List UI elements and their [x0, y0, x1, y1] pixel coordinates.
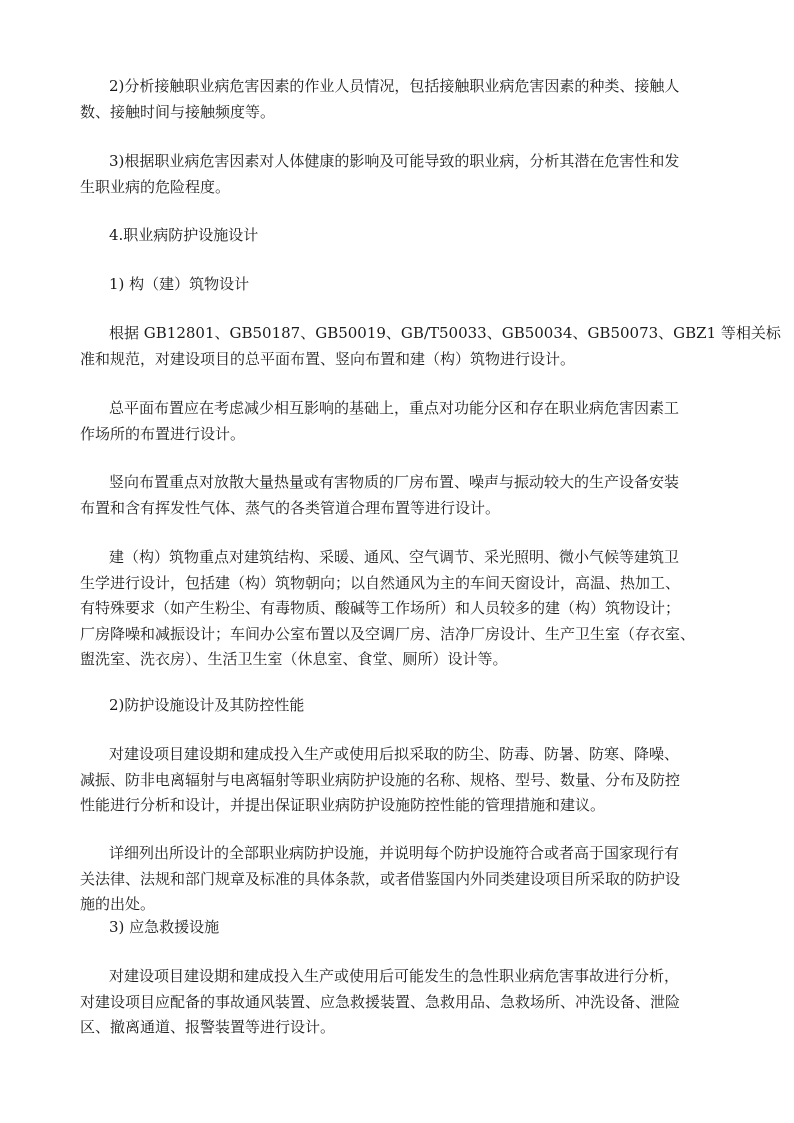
paragraph-line: 总平面布置应在考虑减少相互影响的基础上，重点对功能分区和存在职业病危害因素工: [80, 396, 720, 422]
paragraph-line: 性能进行分析和设计，并提出保证职业病防护设施防控性能的管理措施和建议。: [80, 793, 720, 819]
paragraph-line: 厂房降噪和减振设计；车间办公室布置以及空调厂房、洁净厂房设计、生产卫生室（存衣室…: [80, 622, 720, 648]
paragraph-line: 数、接触时间与接触频度等。: [80, 100, 720, 126]
paragraph: 3)根据职业病危害因素对人体健康的影响及可能导致的职业病，分析其潜在危害性和发生…: [80, 149, 720, 200]
paragraph-line: 施的出处。: [80, 892, 720, 918]
paragraph-line: 1) 构（建）筑物设计: [80, 272, 720, 298]
paragraph-line: 4.职业病防护设施设计: [80, 223, 720, 249]
paragraph: 竖向布置重点对放散大量热量或有害物质的厂房布置、噪声与振动较大的生产设备安装布置…: [80, 470, 720, 521]
paragraph: 根据 GB12801、GB50187、GB50019、GB/T50033、GB5…: [80, 321, 720, 372]
paragraph-line: 布置和含有挥发性气体、蒸气的各类管道合理布置等进行设计。: [80, 496, 720, 522]
paragraph: 详细列出所设计的全部职业病防护设施，并说明每个防护设施符合或者高于国家现行有关法…: [80, 841, 720, 918]
paragraph-line: 作场所的布置进行设计。: [80, 422, 720, 448]
paragraph: 建（构）筑物重点对建筑结构、采暖、通风、空气调节、采光照明、微小气候等建筑卫生学…: [80, 545, 720, 673]
paragraph-line: 对建设项目应配备的事故通风装置、应急救援装置、急救用品、急救场所、冲洗设备、泄险: [80, 990, 720, 1016]
paragraph-line: 竖向布置重点对放散大量热量或有害物质的厂房布置、噪声与振动较大的生产设备安装: [80, 470, 720, 496]
paragraph: 4.职业病防护设施设计: [80, 223, 720, 249]
paragraph: 2)分析接触职业病危害因素的作业人员情况，包括接触职业病危害因素的种类、接触人数…: [80, 74, 720, 125]
paragraph-line: 根据 GB12801、GB50187、GB50019、GB/T50033、GB5…: [80, 321, 720, 347]
paragraph: 对建设项目建设期和建成投入生产或使用后拟采取的防尘、防毒、防暑、防寒、降噪、减振…: [80, 742, 720, 819]
paragraph-line: 关法律、法规和部门规章及标准的具体条款，或者借鉴国内外同类建设项目所采取的防护设: [80, 867, 720, 893]
paragraph: 总平面布置应在考虑减少相互影响的基础上，重点对功能分区和存在职业病危害因素工作场…: [80, 396, 720, 447]
paragraph-line: 有特殊要求（如产生粉尘、有毒物质、酸碱等工作场所）和人员较多的建（构）筑物设计；: [80, 596, 720, 622]
paragraph-line: 生学进行设计，包括建（构）筑物朝向；以自然通风为主的车间天窗设计，高温、热加工、: [80, 571, 720, 597]
paragraph-line: 对建设项目建设期和建成投入生产或使用后拟采取的防尘、防毒、防暑、防寒、降噪、: [80, 742, 720, 768]
paragraph-line: 2)防护设施设计及其防控性能: [80, 693, 720, 719]
paragraph-line: 盥洗室、洗衣房）、生活卫生室（休息室、食堂、厕所）设计等。: [80, 647, 720, 673]
paragraph-line: 3) 应急救援设施: [80, 915, 720, 941]
paragraph: 2)防护设施设计及其防控性能: [80, 693, 720, 719]
paragraph-line: 生职业病的危险程度。: [80, 175, 720, 201]
paragraph-line: 详细列出所设计的全部职业病防护设施，并说明每个防护设施符合或者高于国家现行有: [80, 841, 720, 867]
paragraph-line: 区、撤离通道、报警装置等进行设计。: [80, 1015, 720, 1041]
paragraph-line: 建（构）筑物重点对建筑结构、采暖、通风、空气调节、采光照明、微小气候等建筑卫: [80, 545, 720, 571]
paragraph: 对建设项目建设期和建成投入生产或使用后可能发生的急性职业病危害事故进行分析，对建…: [80, 964, 720, 1041]
paragraph: 1) 构（建）筑物设计: [80, 272, 720, 298]
paragraph-line: 减振、防非电离辐射与电离辐射等职业病防护设施的名称、规格、型号、数量、分布及防控: [80, 768, 720, 794]
paragraph-line: 对建设项目建设期和建成投入生产或使用后可能发生的急性职业病危害事故进行分析，: [80, 964, 720, 990]
paragraph-line: 3)根据职业病危害因素对人体健康的影响及可能导致的职业病，分析其潜在危害性和发: [80, 149, 720, 175]
paragraph-line: 准和规范，对建设项目的总平面布置、竖向布置和建（构）筑物进行设计。: [80, 347, 720, 373]
paragraph: 3) 应急救援设施: [80, 915, 720, 941]
paragraph-line: 2)分析接触职业病危害因素的作业人员情况，包括接触职业病危害因素的种类、接触人: [80, 74, 720, 100]
